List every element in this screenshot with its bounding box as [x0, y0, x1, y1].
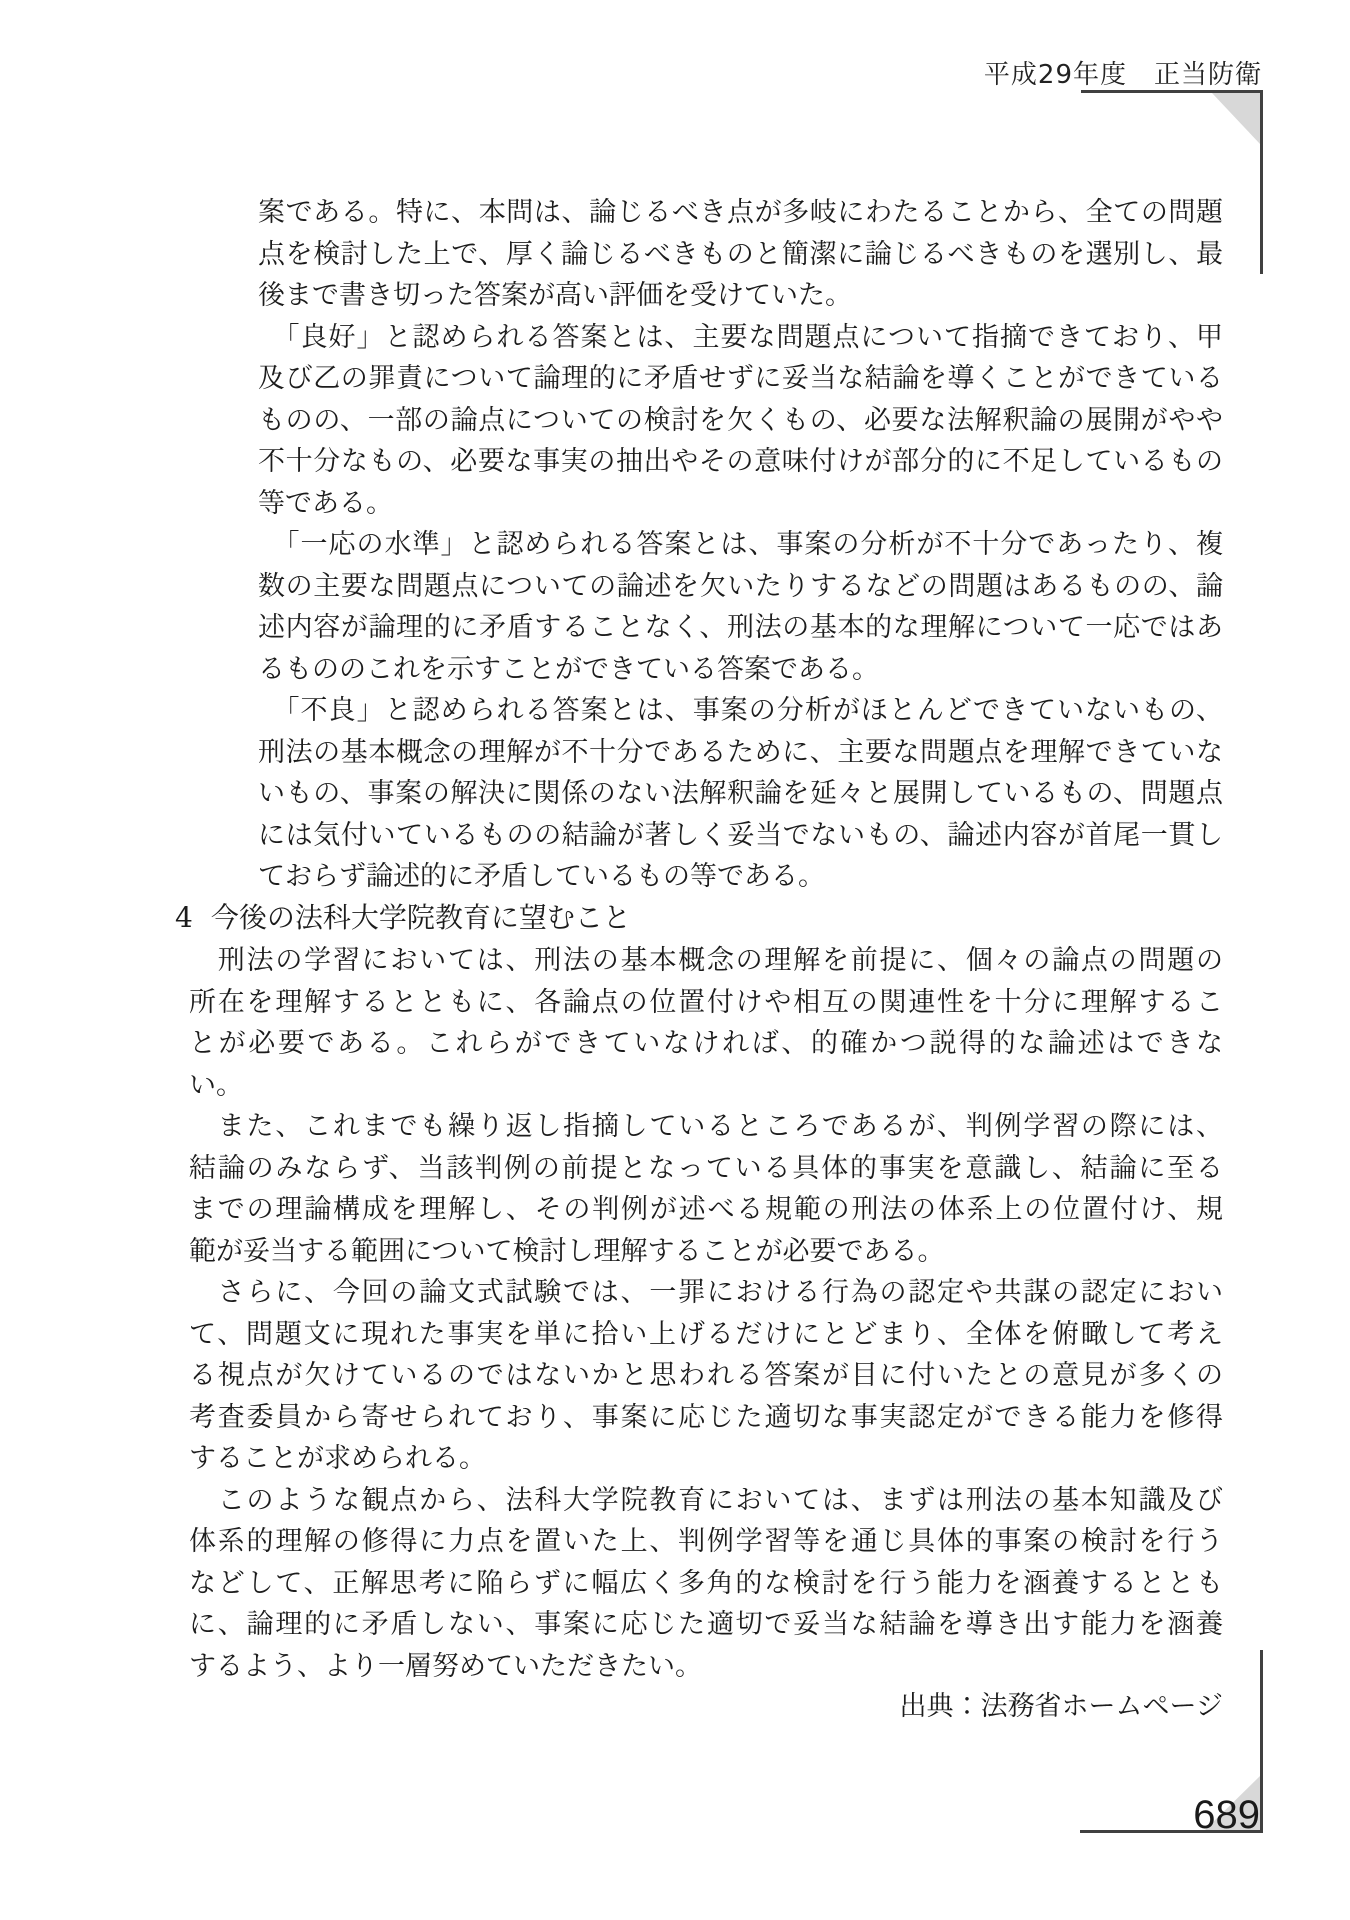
top-corner-rule-horizontal	[1081, 90, 1263, 93]
text-line: 「一応の水準」と認められる答案とは、事案の分析が不十分であったり、複	[258, 524, 1223, 566]
bottom-corner-rule-vertical	[1260, 1650, 1263, 1833]
text-line: 後まで書き切った答案が高い評価を受けていた。	[258, 275, 1223, 317]
text-line: さらに、今回の論文式試験では、一罪における行為の認定や共謀の認定におい	[189, 1272, 1223, 1314]
text-line: 不十分なもの、必要な事実の抽出やその意味付けが部分的に不足しているもの	[258, 441, 1223, 483]
section-body-block: 刑法の学習においては、刑法の基本概念の理解を前提に、個々の論点の問題の所在を理解…	[189, 940, 1223, 1687]
text-line: いもの、事案の解決に関係のない法解釈論を延々と展開しているもの、問題点	[258, 773, 1223, 815]
text-line: 所在を理解するとともに、各論点の位置付けや相互の関連性を十分に理解するこ	[189, 982, 1223, 1024]
exam-commentary-quote-block: 案である。特に、本問は、論じるべき点が多岐にわたることから、全ての問題点を検討し…	[258, 192, 1223, 898]
text-line: い。	[189, 1065, 1223, 1107]
text-line: ておらず論述的に矛盾しているもの等である。	[258, 856, 1223, 898]
text-line: には気付いているものの結論が著しく妥当でないもの、論述内容が首尾一貫し	[258, 815, 1223, 857]
source-attribution: 出典：法務省ホームページ	[189, 1686, 1223, 1728]
top-corner-fold-triangle	[1212, 93, 1260, 144]
text-line: に、論理的に矛盾しない、事案に応じた適切で妥当な結論を導き出す能力を涵養	[189, 1604, 1223, 1646]
text-line: このような観点から、法科大学院教育においては、まずは刑法の基本知識及び	[189, 1480, 1223, 1522]
top-corner-rule-vertical	[1260, 90, 1263, 274]
page-number: 689	[1100, 1793, 1260, 1838]
text-line: 考査委員から寄せられており、事案に応じた適切な事実認定ができる能力を修得	[189, 1397, 1223, 1439]
text-line: とが必要である。これらができていなければ、的確かつ説得的な論述はできな	[189, 1023, 1223, 1065]
text-line: 体系的理解の修得に力点を置いた上、判例学習等を通じ具体的事案の検討を行う	[189, 1521, 1223, 1563]
text-line: 点を検討した上で、厚く論じるべきものと簡潔に論じるべきものを選別し、最	[258, 234, 1223, 276]
text-line: 数の主要な問題点についての論述を欠いたりするなどの問題はあるものの、論	[258, 566, 1223, 608]
text-line: また、これまでも繰り返し指摘しているところであるが、判例学習の際には、	[189, 1106, 1223, 1148]
book-page: 平成29年度 正当防衛 案である。特に、本問は、論じるべき点が多岐にわたることか…	[0, 0, 1350, 1920]
section-number: 4	[175, 901, 193, 934]
text-line: る視点が欠けているのではないかと思われる答案が目に付いたとの意見が多くの	[189, 1355, 1223, 1397]
text-line: 案である。特に、本問は、論じるべき点が多岐にわたることから、全ての問題	[258, 192, 1223, 234]
text-line: 刑法の学習においては、刑法の基本概念の理解を前提に、個々の論点の問題の	[189, 940, 1223, 982]
text-line: 「不良」と認められる答案とは、事案の分析がほとんどできていないもの、	[258, 690, 1223, 732]
text-line: 刑法の基本概念の理解が不十分であるために、主要な問題点を理解できていな	[258, 732, 1223, 774]
text-line: 述内容が論理的に矛盾することなく、刑法の基本的な理解について一応ではあ	[258, 607, 1223, 649]
text-line: て、問題文に現れた事実を単に拾い上げるだけにとどまり、全体を俯瞰して考え	[189, 1314, 1223, 1356]
section-title: 今後の法科大学院教育に望むこと	[211, 901, 631, 934]
text-line: ものの、一部の論点についての検討を欠くもの、必要な法解釈論の展開がやや	[258, 400, 1223, 442]
text-line: 範が妥当する範囲について検討し理解することが必要である。	[189, 1231, 1223, 1273]
text-line: るもののこれを示すことができている答案である。	[258, 649, 1223, 691]
text-line: することが求められる。	[189, 1438, 1223, 1480]
text-line: 「良好」と認められる答案とは、主要な問題点について指摘できており、甲	[258, 317, 1223, 359]
text-line: などして、正解思考に陥らずに幅広く多角的な検討を行う能力を涵養するととも	[189, 1563, 1223, 1605]
text-line: 等である。	[258, 483, 1223, 525]
text-line: するよう、より一層努めていただきたい。	[189, 1646, 1223, 1688]
section-heading: 4今後の法科大学院教育に望むこと	[175, 897, 631, 938]
text-line: 及び乙の罪責について論理的に矛盾せずに妥当な結論を導くことができている	[258, 358, 1223, 400]
text-line: までの理論構成を理解し、その判例が述べる規範の刑法の体系上の位置付け、規	[189, 1189, 1223, 1231]
running-head: 平成29年度 正当防衛	[800, 54, 1262, 91]
text-line: 結論のみならず、当該判例の前提となっている具体的事実を意識し、結論に至る	[189, 1148, 1223, 1190]
